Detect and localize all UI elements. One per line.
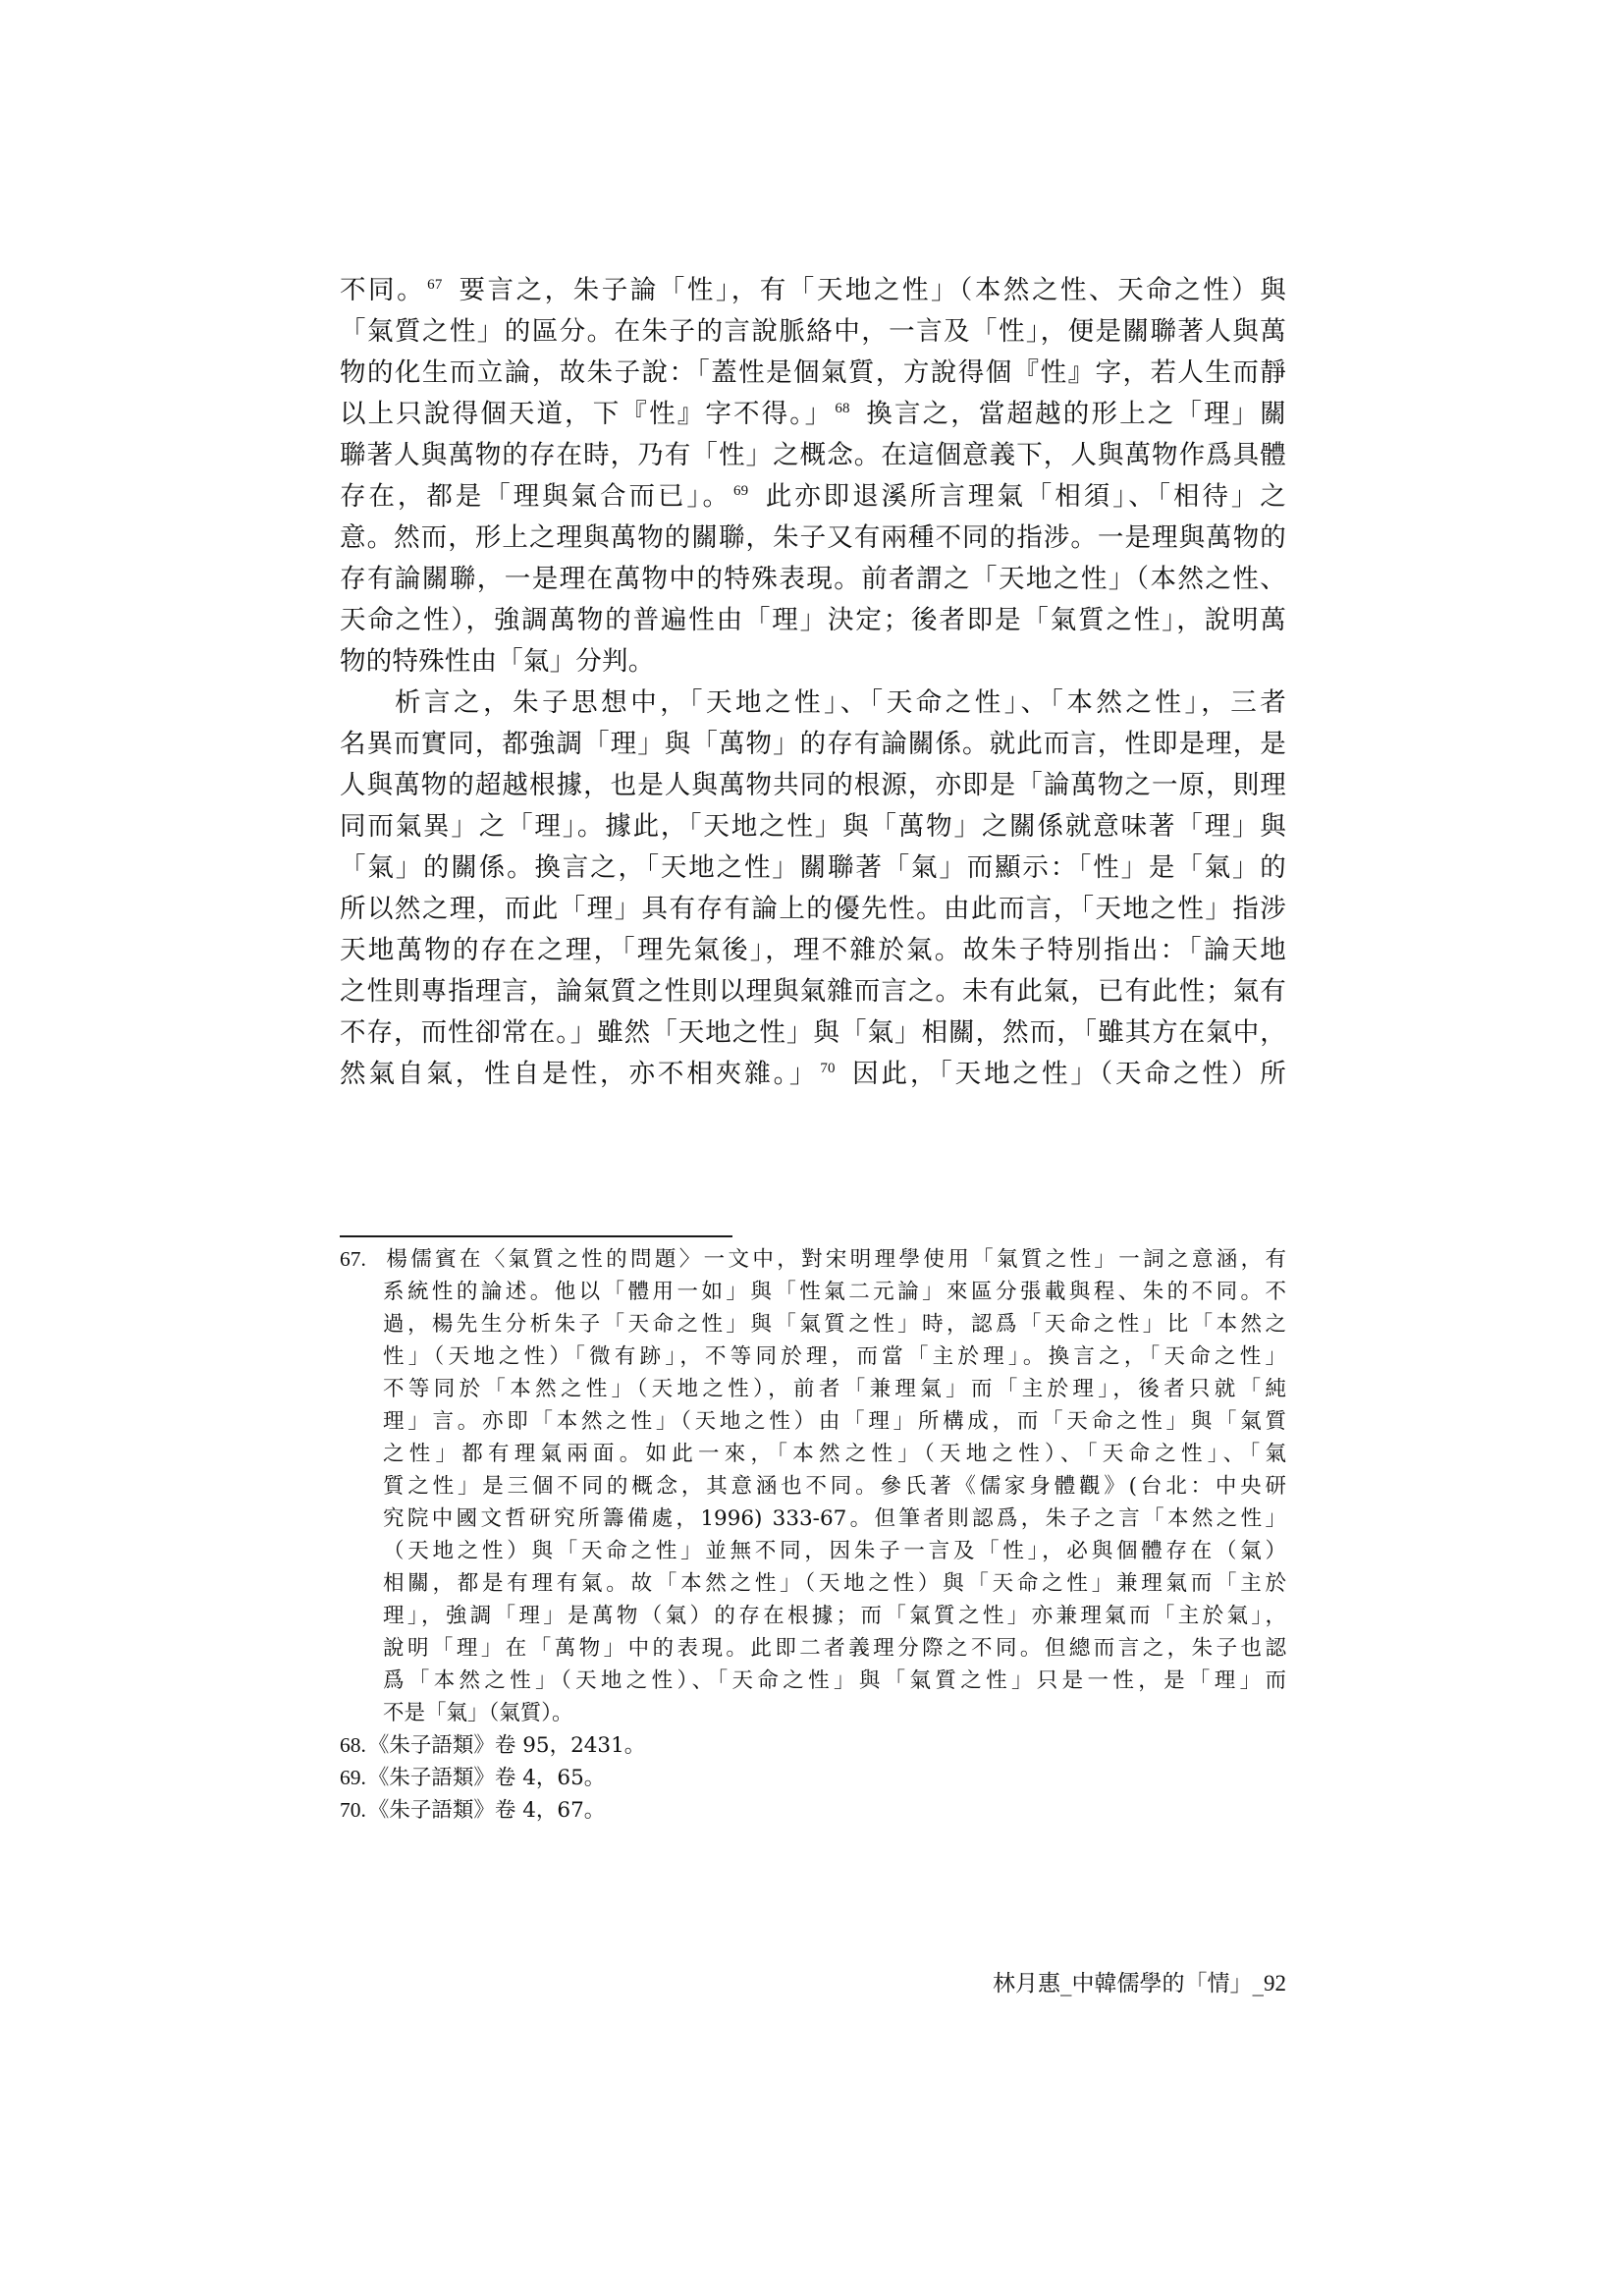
footnote-line: 性」（天地之性）「微有跡」，不等同於理，而當「主於理」。換言之，「天命之性」 bbox=[340, 1340, 1286, 1373]
page-footer: 林月惠_中韓儒學的「情」_92 bbox=[943, 1967, 1286, 2000]
body-line: 物的化生而立論，故朱子說：「蓋性是個氣質，方說得個『性』字，若人生而靜 bbox=[340, 353, 1286, 394]
footnote-67: 67.楊儒賓在〈氣質之性的問題〉一文中，對宋明理學使用「氣質之性」一詞之意涵，有… bbox=[340, 1243, 1286, 1729]
footnote-line: 70.《朱子語類》卷 4，67。 bbox=[340, 1794, 1286, 1827]
text-span: 《朱子語類》卷 4，67。 bbox=[368, 1798, 605, 1823]
text-span: 因此，「天地之性」（天命之性）所 bbox=[841, 1059, 1286, 1089]
footnote-ref-67[interactable]: 67 bbox=[427, 277, 442, 293]
footnote-number: 70. bbox=[340, 1794, 366, 1827]
body-line: 「氣」的關係。換言之，「天地之性」關聯著「氣」而顯示：「性」是「氣」的 bbox=[340, 847, 1286, 889]
footnote-line: 過，楊先生分析朱子「天命之性」與「氣質之性」時，認爲「天命之性」比「本然之 bbox=[340, 1308, 1286, 1340]
footnote-ref-70[interactable]: 70 bbox=[820, 1061, 835, 1076]
footnote-number: 68. bbox=[340, 1729, 366, 1762]
body-line: 不同。67 要言之，朱子論「性」，有「天地之性」（本然之性、天命之性）與 bbox=[340, 270, 1286, 311]
footnote-line: 究院中國文哲研究所籌備處，1996) 333-67。但筆者則認爲，朱子之言「本然… bbox=[340, 1503, 1286, 1535]
footnote-line: （天地之性）與「天命之性」並無不同，因朱子一言及「性」，必與個體存在（氣） bbox=[340, 1535, 1286, 1567]
body-line: 聯著人與萬物的存在時，乃有「性」之概念。在這個意義下，人與萬物作爲具體 bbox=[340, 435, 1286, 476]
text-span: 以上只說得個天道，下『性』字不得。」 bbox=[340, 399, 833, 429]
paragraph-start-line: 析言之，朱子思想中，「天地之性」、「天命之性」、「本然之性」，三者 bbox=[340, 683, 1286, 724]
footnote-70: 70.《朱子語類》卷 4，67。 bbox=[340, 1794, 1286, 1827]
footnote-line: 之性」都有理氣兩面。如此一來，「本然之性」（天地之性）、「天命之性」、「氣 bbox=[340, 1438, 1286, 1470]
footnote-line: 說明「理」在「萬物」中的表現。此即二者義理分際之不同。但總而言之，朱子也認 bbox=[340, 1632, 1286, 1665]
footnote-line: 不是「氣」（氣質）。 bbox=[340, 1697, 1286, 1729]
text-span: 要言之，朱子論「性」，有「天地之性」（本然之性、天命之性）與 bbox=[449, 275, 1286, 305]
document-page: 不同。67 要言之，朱子論「性」，有「天地之性」（本然之性、天命之性）與 「氣質… bbox=[0, 0, 1623, 2296]
footnote-number: 69. bbox=[340, 1762, 366, 1794]
body-line: 名異而實同，都強調「理」與「萬物」的存有論關係。就此而言，性即是理，是 bbox=[340, 724, 1286, 765]
body-line: 存有論關聯，一是理在萬物中的特殊表現。前者謂之「天地之性」（本然之性、 bbox=[340, 559, 1286, 600]
footnote-68: 68.《朱子語類》卷 95，2431。 bbox=[340, 1729, 1286, 1762]
body-line: 不存，而性卻常在。」雖然「天地之性」與「氣」相關，然而，「雖其方在氣中， bbox=[340, 1012, 1286, 1054]
footnote-line: 69.《朱子語類》卷 4，65。 bbox=[340, 1762, 1286, 1794]
footnote-line: 爲「本然之性」（天地之性）、「天命之性」與「氣質之性」只是一性，是「理」而 bbox=[340, 1665, 1286, 1697]
body-line: 「氣質之性」的區分。在朱子的言說脈絡中，一言及「性」，便是關聯著人與萬 bbox=[340, 311, 1286, 353]
text-span: 《朱子語類》卷 4，65。 bbox=[368, 1766, 605, 1790]
footnote-line: 67.楊儒賓在〈氣質之性的問題〉一文中，對宋明理學使用「氣質之性」一詞之意涵，有 bbox=[340, 1243, 1286, 1276]
body-line: 人與萬物的超越根據，也是人與萬物共同的根源，亦即是「論萬物之一原，則理 bbox=[340, 765, 1286, 806]
running-title: 林月惠_中韓儒學的「情」_ bbox=[993, 1971, 1264, 1996]
footnote-number: 67. bbox=[340, 1243, 383, 1276]
body-line: 意。然而，形上之理與萬物的關聯，朱子又有兩種不同的指涉。一是理與萬物的 bbox=[340, 518, 1286, 559]
body-line: 同而氣異」之「理」。據此，「天地之性」與「萬物」之關係就意味著「理」與 bbox=[340, 806, 1286, 847]
body-line: 物的特殊性由「氣」分判。 bbox=[340, 641, 1286, 683]
body-line: 以上只說得個天道，下『性』字不得。」68 換言之，當超越的形上之「理」關 bbox=[340, 394, 1286, 435]
page-number: 92 bbox=[1264, 1971, 1286, 1995]
footnote-ref-69[interactable]: 69 bbox=[733, 483, 748, 499]
footnote-69: 69.《朱子語類》卷 4，65。 bbox=[340, 1762, 1286, 1794]
text-span: 《朱子語類》卷 95，2431。 bbox=[368, 1733, 645, 1758]
footnote-line: 理」言。亦即「本然之性」（天地之性）由「理」所構成，而「天命之性」與「氣質 bbox=[340, 1405, 1286, 1438]
footnote-ref-68[interactable]: 68 bbox=[835, 401, 849, 416]
text-span: 換言之，當超越的形上之「理」關 bbox=[856, 399, 1286, 429]
text-span: 不同。 bbox=[340, 275, 425, 305]
footnotes: 67.楊儒賓在〈氣質之性的問題〉一文中，對宋明理學使用「氣質之性」一詞之意涵，有… bbox=[340, 1243, 1286, 1827]
footnote-line: 相關，都是有理有氣。故「本然之性」（天地之性）與「天命之性」兼理氣而「主於 bbox=[340, 1567, 1286, 1600]
body-line: 之性則專指理言，論氣質之性則以理與氣雜而言之。未有此氣，已有此性；氣有 bbox=[340, 971, 1286, 1012]
footnote-line: 系統性的論述。他以「體用一如」與「性氣二元論」來區分張載與程、朱的不同。不 bbox=[340, 1276, 1286, 1308]
body-line: 存在，都是「理與氣合而已」。69 此亦即退溪所言理氣「相須」、「相待」之 bbox=[340, 476, 1286, 518]
body-line: 天地萬物的存在之理，「理先氣後」，理不雜於氣。故朱子特別指出：「論天地 bbox=[340, 930, 1286, 971]
footnote-separator bbox=[340, 1235, 732, 1237]
footnote-line: 質之性」是三個不同的概念，其意涵也不同。參氏著《儒家身體觀》(台北：中央研 bbox=[340, 1470, 1286, 1503]
text-span: 存在，都是「理與氣合而已」。 bbox=[340, 481, 731, 512]
text-span: 然氣自氣，性自是性，亦不相夾雜。」 bbox=[340, 1059, 818, 1089]
body-line: 然氣自氣，性自是性，亦不相夾雜。」70 因此，「天地之性」（天命之性）所 bbox=[340, 1054, 1286, 1095]
body-line: 所以然之理，而此「理」具有存有論上的優先性。由此而言，「天地之性」指涉 bbox=[340, 889, 1286, 930]
body-line: 天命之性），強調萬物的普遍性由「理」決定；後者即是「氣質之性」，說明萬 bbox=[340, 600, 1286, 641]
text-span: 楊儒賓在〈氣質之性的問題〉一文中，對宋明理學使用「氣質之性」一詞之意涵，有 bbox=[383, 1247, 1286, 1272]
footnote-line: 68.《朱子語類》卷 95，2431。 bbox=[340, 1729, 1286, 1762]
footnote-line: 不等同於「本然之性」（天地之性），前者「兼理氣」而「主於理」，後者只就「純 bbox=[340, 1373, 1286, 1405]
body-text: 不同。67 要言之，朱子論「性」，有「天地之性」（本然之性、天命之性）與 「氣質… bbox=[340, 270, 1286, 1095]
footnote-line: 理」，強調「理」是萬物（氣）的存在根據；而「氣質之性」亦兼理氣而「主於氣」， bbox=[340, 1600, 1286, 1632]
text-span: 此亦即退溪所言理氣「相須」、「相待」之 bbox=[754, 481, 1286, 512]
